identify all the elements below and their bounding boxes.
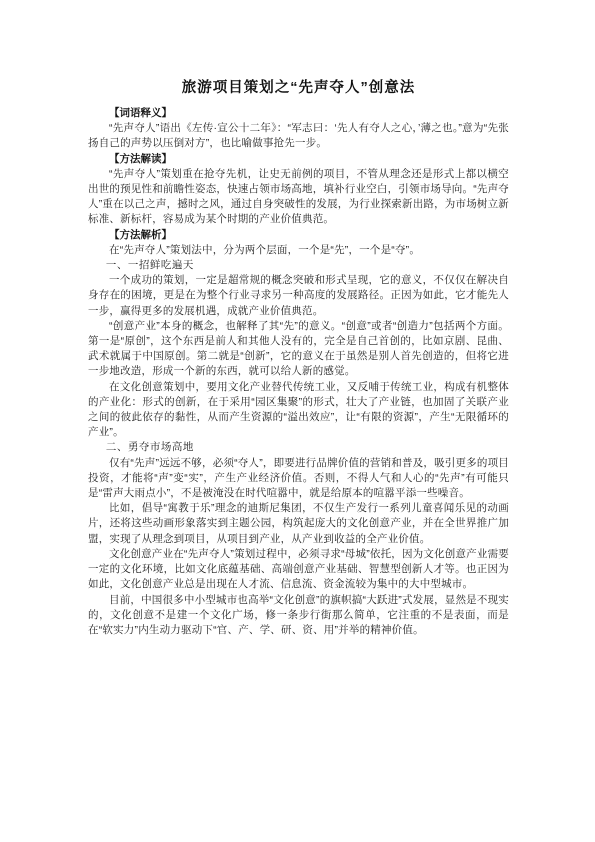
paragraph: 比如，倡导“寓教于乐”理念的迪斯尼集团，不仅生产发行一系列儿童喜闻乐见的动画片，… — [88, 501, 509, 547]
paragraph: 在文化创意策划中，要用文化产业替代传统工业，又反哺于传统工业，构成有机整体的产业… — [88, 380, 509, 441]
paragraph: “先声夺人”语出《左传·宣公十二年》：“军志曰：‘先人有夺人之心，’薄之也。”意… — [88, 121, 509, 151]
section-heading-method-analysis: 【方法解析】 — [88, 228, 509, 243]
section-heading-word-definition: 【词语释义】 — [88, 106, 509, 121]
subheading-two: 二、勇夺市场高地 — [88, 440, 509, 455]
paragraph: 在“先声夺人”策划法中，分为两个层面，一个是“先”，一个是“夺”。 — [88, 243, 509, 258]
paragraph: “创意产业”本身的概念，也解释了其“先”的意义。“创意”或者“创造力”包括两个方… — [88, 319, 509, 380]
document-title: 旅游项目策划之“先声夺人”创意法 — [88, 76, 509, 97]
paragraph: “先声夺人”策划重在抢夺先机，让史无前例的项目，不管从理念还是形式上都以横空出世… — [88, 167, 509, 228]
subheading-one: 一、一招鲜吃遍天 — [88, 258, 509, 273]
document-page: 旅游项目策划之“先声夺人”创意法 【词语释义】 “先声夺人”语出《左传·宣公十二… — [0, 0, 595, 842]
paragraph: 目前，中国很多中小型城市也高举“文化创意”的旗帜搞“大跃进”式发展，显然是不现实… — [88, 593, 509, 639]
paragraph: 一个成功的策划，一定是超常规的概念突破和形式呈现，它的意义，不仅仅在解决自身存在… — [88, 273, 509, 319]
section-heading-method-reading: 【方法解读】 — [88, 152, 509, 167]
paragraph: 仅有“先声”远远不够，必须“夺人”，即要进行品牌价值的营销和普及，吸引更多的项目… — [88, 456, 509, 502]
document-content: 旅游项目策划之“先声夺人”创意法 【词语释义】 “先声夺人”语出《左传·宣公十二… — [88, 76, 509, 638]
paragraph: 文化创意产业在“先声夺人”策划过程中，必须寻求“母城”依托，因为文化创意产业需要… — [88, 547, 509, 593]
